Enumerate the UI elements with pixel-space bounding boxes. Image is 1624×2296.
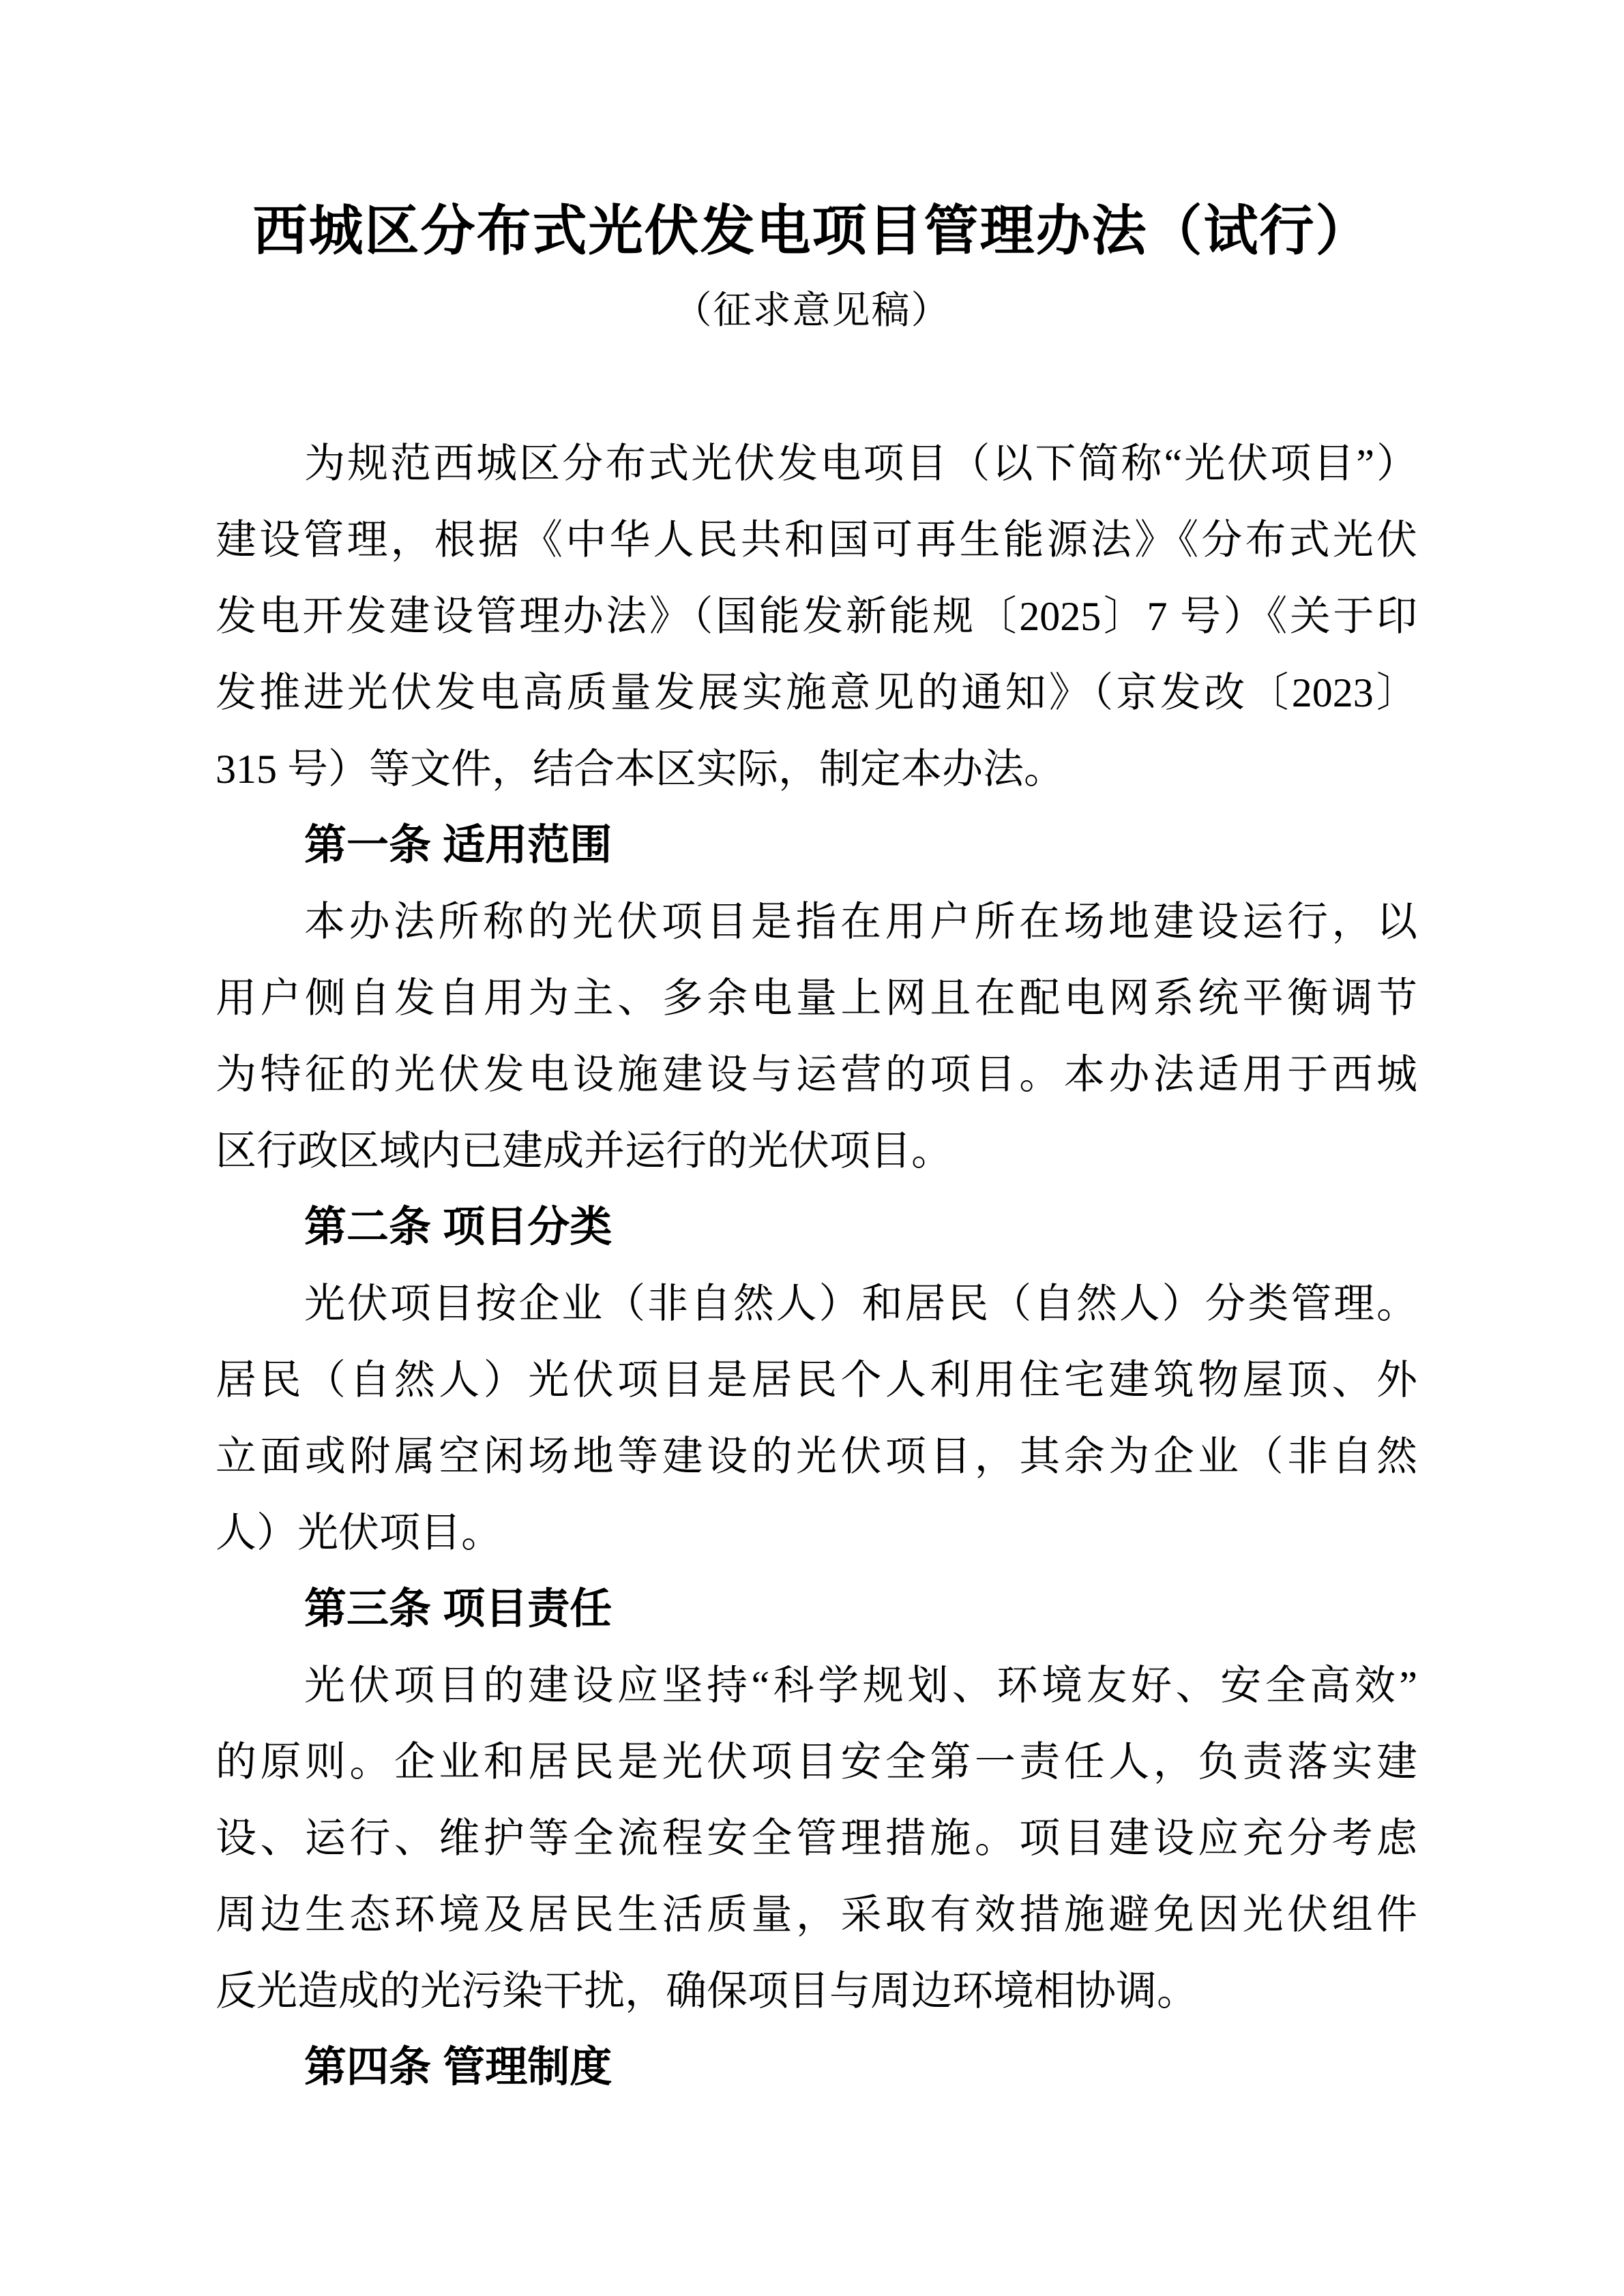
paragraph-line: 发推进光伏发电高质量发展实施意见的通知》（京发改〔2023〕 <box>216 655 1417 731</box>
paragraph-line: 立面或附属空闲场地等建设的光伏项目，其余为企业（非自然 <box>216 1418 1417 1495</box>
section-heading: 第三条 项目责任 <box>216 1571 1417 1648</box>
section-heading: 第二条 项目分类 <box>216 1189 1417 1266</box>
paragraph-line: 周边生态环境及居民生活质量，采取有效措施避免因光伏组件 <box>216 1877 1417 1953</box>
paragraph-line: 反光造成的光污染干扰，确保项目与周边环境相协调。 <box>216 1953 1417 2029</box>
paragraph-line: 光伏项目按企业（非自然人）和居民（自然人）分类管理。 <box>216 1266 1417 1342</box>
paragraph-line: 光伏项目的建设应坚持“科学规划、环境友好、安全高效” <box>216 1648 1417 1724</box>
paragraph-line: 居民（自然人）光伏项目是居民个人利用住宅建筑物屋顶、外 <box>216 1342 1417 1418</box>
paragraph-line: 区行政区域内已建成并运行的光伏项目。 <box>216 1113 1417 1189</box>
paragraph-line: 315 号）等文件，结合本区实际，制定本办法。 <box>216 731 1417 807</box>
document-title: 西城区分布式光伏发电项目管理办法（试行） <box>0 198 1624 266</box>
paragraph-line: 的原则。企业和居民是光伏项目安全第一责任人，负责落实建 <box>216 1724 1417 1800</box>
document-body: 为规范西城区分布式光伏发电项目（以下简称“光伏项目”）建设管理，根据《中华人民共… <box>216 426 1417 2106</box>
paragraph-line: 建设管理，根据《中华人民共和国可再生能源法》《分布式光伏 <box>216 502 1417 578</box>
paragraph-line: 本办法所称的光伏项目是指在用户所在场地建设运行，以 <box>216 884 1417 960</box>
document-subtitle: （征求意见稿） <box>0 288 1624 334</box>
paragraph-line: 发电开发建设管理办法》（国能发新能规〔2025〕7 号）《关于印 <box>216 578 1417 655</box>
paragraph-line: 人）光伏项目。 <box>216 1495 1417 1571</box>
document-page: 西城区分布式光伏发电项目管理办法（试行） （征求意见稿） 为规范西城区分布式光伏… <box>0 0 1624 2296</box>
paragraph-line: 为规范西城区分布式光伏发电项目（以下简称“光伏项目”） <box>216 426 1417 502</box>
paragraph-line: 用户侧自发自用为主、多余电量上网且在配电网系统平衡调节 <box>216 960 1417 1037</box>
section-heading: 第四条 管理制度 <box>216 2029 1417 2106</box>
section-heading: 第一条 适用范围 <box>216 807 1417 884</box>
paragraph-line: 设、运行、维护等全流程安全管理措施。项目建设应充分考虑 <box>216 1800 1417 1877</box>
paragraph-line: 为特征的光伏发电设施建设与运营的项目。本办法适用于西城 <box>216 1037 1417 1113</box>
